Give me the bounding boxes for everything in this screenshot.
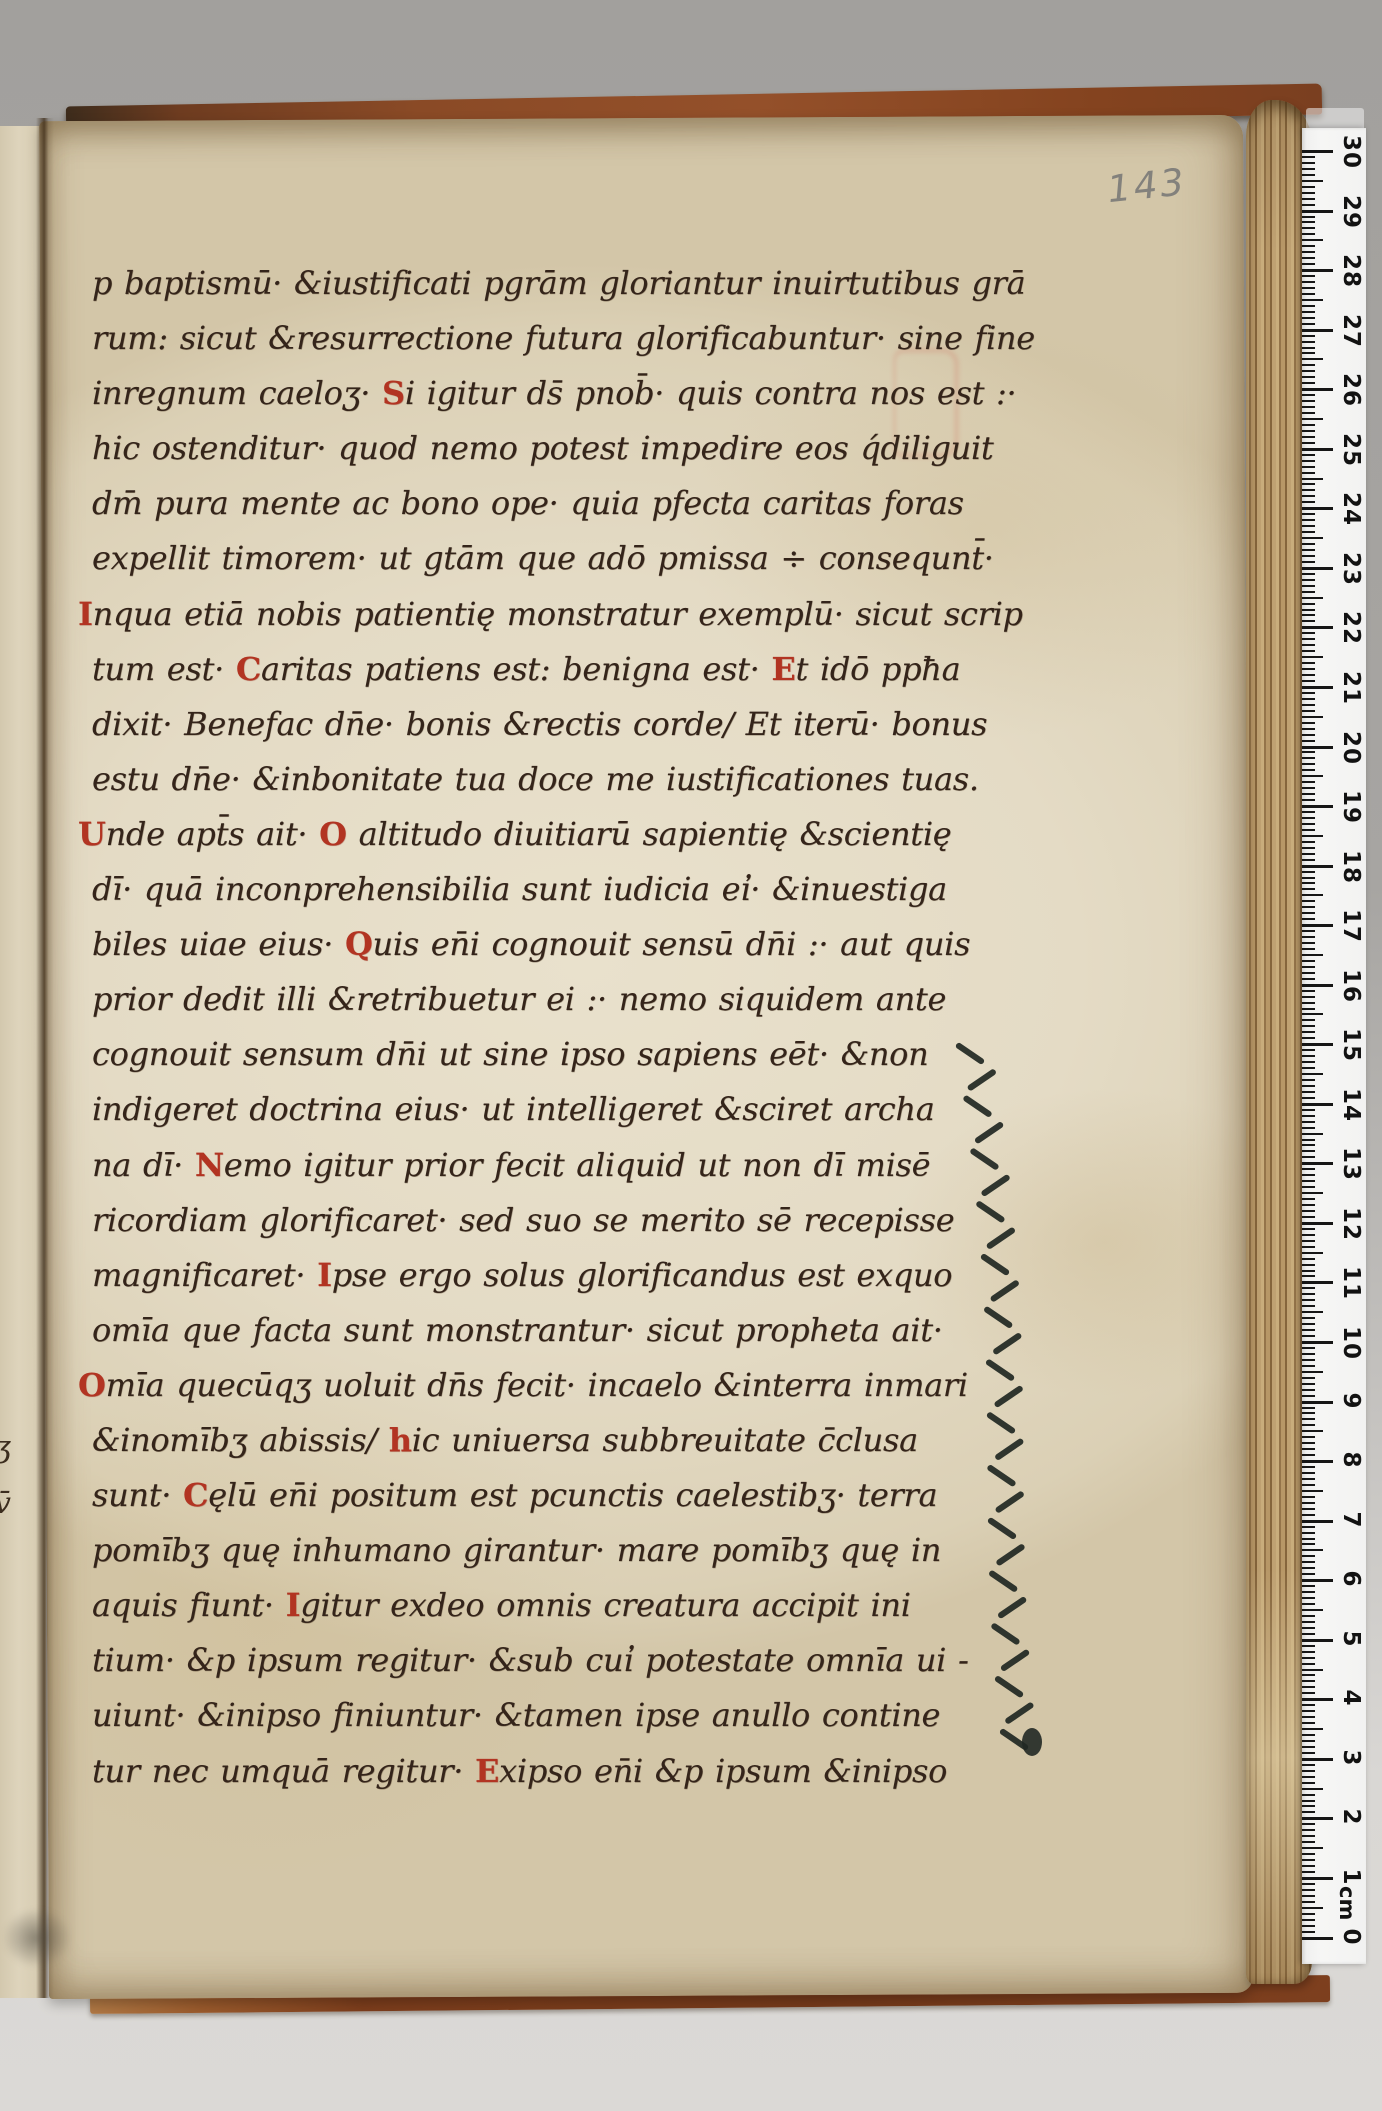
- ruler-number: 30: [1338, 135, 1364, 165]
- ruler-tick: [1302, 1150, 1315, 1152]
- ruler-tick: [1302, 1764, 1315, 1766]
- ruler-tick: [1302, 162, 1315, 164]
- ruler-tick: [1302, 710, 1315, 712]
- manuscript-line: dm̄ pura mente ac bono ope· quia pfecta …: [92, 476, 1092, 531]
- line-text: p baptismū· &iustificati pgrām gloriantu…: [92, 264, 1025, 302]
- manuscript-line: Omīa quecūqʒ uoluit dn̄s fecit· incaelo …: [78, 1358, 1092, 1413]
- ruler-tick: [1302, 1008, 1315, 1010]
- ruler-tick: [1302, 1734, 1315, 1736]
- ruler-tick: [1302, 1645, 1315, 1647]
- ruler-tick: [1302, 1823, 1315, 1825]
- ruler-tick: [1302, 1180, 1315, 1182]
- ruler-tick: [1302, 1674, 1315, 1676]
- ruler-tick: [1302, 728, 1315, 730]
- ruler-tick: [1302, 597, 1323, 599]
- ruler-tick: [1302, 1085, 1315, 1087]
- ruler-tick: [1302, 347, 1315, 349]
- ruler-tick: [1302, 716, 1323, 718]
- ruler-tick: [1302, 1162, 1333, 1165]
- ruler-tick: [1302, 483, 1315, 485]
- ruler-tick: [1302, 775, 1323, 777]
- ruler-number: 19: [1338, 790, 1364, 820]
- line-text: emo igitur prior fecit aliquid ut non dī…: [224, 1146, 931, 1184]
- ruler-tick: [1302, 966, 1315, 968]
- manuscript-line: prior dedit illi &retribuetur ei :· nemo…: [92, 972, 1092, 1027]
- ruler-tick: [1302, 1353, 1315, 1355]
- ruler-tick: [1302, 1543, 1315, 1545]
- rubric-initial: E: [475, 1752, 499, 1790]
- ruler-tick: [1302, 1585, 1315, 1587]
- ruler-tick: [1302, 1776, 1315, 1778]
- rubric-initial: O: [319, 815, 347, 853]
- ruler-tick: [1302, 507, 1333, 510]
- ruler-tick: [1302, 1591, 1315, 1593]
- ruler-tick: [1302, 227, 1315, 229]
- line-text: ęlū en̄i positum est pcunctis caelestibʒ…: [208, 1476, 937, 1514]
- ruler-tick: [1302, 1025, 1315, 1027]
- ruler-tick: [1302, 1466, 1315, 1468]
- ruler-tick: [1302, 1287, 1315, 1289]
- rubric-initial: U: [78, 815, 106, 853]
- ruler-tick: [1302, 1913, 1315, 1915]
- ruler-tick: [1302, 1252, 1323, 1254]
- ruler-tick: [1302, 912, 1315, 914]
- manuscript-line: inregnum caeloʒ· Si igitur ds̄ pnob̄· qu…: [92, 366, 1092, 421]
- ruler-tick: [1302, 1156, 1315, 1158]
- ruler-tick: [1302, 1555, 1315, 1557]
- ruler-tick: [1302, 704, 1315, 706]
- ruler-tick: [1302, 531, 1315, 533]
- ruler-tick: [1302, 245, 1315, 247]
- ruler-tick: [1302, 1377, 1315, 1379]
- ruler-tick: [1302, 1758, 1333, 1761]
- ruler-tick: [1302, 335, 1315, 337]
- ruler-tick: [1302, 454, 1315, 456]
- ruler-tick: [1302, 1746, 1315, 1748]
- ruler-tick: [1302, 472, 1315, 474]
- ruler-tick: [1302, 329, 1333, 332]
- ruler-tick: [1302, 555, 1315, 557]
- line-text: uiunt· &inipso finiuntur· &tamen ipse an…: [92, 1696, 940, 1734]
- ruler-tick: [1302, 1621, 1315, 1623]
- ruler-tick: [1302, 769, 1315, 771]
- ruler-tick: [1302, 1526, 1315, 1528]
- ruler-tick: [1302, 1311, 1323, 1313]
- ruler-tick: [1302, 1907, 1323, 1909]
- ruler-tick: [1302, 150, 1333, 153]
- ruler-tick: [1302, 305, 1315, 307]
- ruler-tick: [1302, 638, 1315, 640]
- ruler-tick: [1302, 1770, 1315, 1772]
- ruler-tick: [1302, 877, 1315, 879]
- ruler-tick: [1302, 1103, 1333, 1106]
- ruler-tick: [1302, 1651, 1315, 1653]
- ruler-tick: [1302, 609, 1315, 611]
- manuscript-line: dī· quā inconprehensibilia sunt iudicia …: [92, 862, 1092, 917]
- ruler-tick: [1302, 1109, 1315, 1111]
- ruler-tick: [1302, 1895, 1315, 1897]
- ruler-tick: [1302, 591, 1315, 593]
- ruler-tick: [1302, 1859, 1315, 1861]
- ruler-tick: [1302, 1794, 1315, 1796]
- ruler-tick: [1302, 1561, 1315, 1563]
- ruler-tick: [1302, 888, 1315, 890]
- ruler-tick: [1302, 990, 1315, 992]
- ruler-tick: [1302, 311, 1315, 313]
- ruler-tick: [1302, 239, 1323, 241]
- rubric-initial: Q: [345, 925, 373, 963]
- ruler-tick: [1302, 1097, 1315, 1099]
- ruler-number: 15: [1338, 1028, 1364, 1058]
- ruler-tick: [1302, 466, 1315, 468]
- rubric-initial: C: [183, 1476, 208, 1514]
- ruler-tick: [1302, 1472, 1315, 1474]
- ruler-tick: [1302, 1013, 1323, 1015]
- ruler-tick: [1302, 1305, 1315, 1307]
- ruler-tick: [1302, 1204, 1315, 1206]
- ruler-tick: [1302, 1424, 1315, 1426]
- ruler: cm 3029282726252423222120191817161514131…: [1302, 128, 1366, 1964]
- ruler-tick: [1302, 1663, 1315, 1665]
- ruler-number: 22: [1338, 611, 1364, 641]
- ruler-tick: [1302, 1418, 1315, 1420]
- line-text: xipso en̄i &p ipsum &inipso: [499, 1752, 947, 1790]
- ruler-number: 18: [1338, 850, 1364, 880]
- edge-letter-fragment: ʒ: [0, 1430, 28, 1486]
- ruler-number: 24: [1338, 492, 1364, 522]
- ruler-tick: [1302, 763, 1315, 765]
- ruler-tick: [1302, 644, 1315, 646]
- ruler-tick: [1302, 972, 1315, 974]
- ruler-tick: [1302, 1841, 1315, 1843]
- ruler-tick: [1302, 734, 1315, 736]
- ruler-tick: [1302, 1704, 1315, 1706]
- ruler-tick: [1302, 930, 1315, 932]
- ruler-tick: [1302, 1293, 1315, 1295]
- ruler-tick: [1302, 418, 1323, 420]
- ruler-tick: [1302, 698, 1315, 700]
- ruler-tick: [1302, 1395, 1315, 1397]
- ruler-tick: [1302, 1847, 1323, 1849]
- ruler-tick: [1302, 1805, 1315, 1807]
- line-text: nqua etiā nobis patientię monstratur exe…: [93, 595, 1023, 633]
- ruler-tick: [1302, 1228, 1315, 1230]
- ruler-tick: [1302, 722, 1315, 724]
- ruler-tick: [1302, 412, 1315, 414]
- ruler-tick: [1302, 251, 1315, 253]
- ruler-tick: [1302, 1121, 1315, 1123]
- ruler-tick: [1302, 882, 1315, 884]
- ruler-tick: [1302, 1931, 1315, 1933]
- ruler-tick: [1302, 394, 1315, 396]
- ruler-tick: [1302, 1323, 1315, 1325]
- manuscript-line: estu dn̄e· &inbonitate tua doce me iusti…: [92, 752, 1092, 807]
- line-text: biles uiae eius·: [92, 925, 345, 963]
- manuscript-line: tium· &p ipsum regitur· &sub cui̓ potest…: [92, 1633, 1092, 1688]
- ruler-tick: [1302, 1919, 1315, 1921]
- ruler-tick: [1302, 1407, 1315, 1409]
- ruler-tick: [1302, 168, 1315, 170]
- ruler-tick: [1302, 1478, 1315, 1480]
- ruler-tick: [1302, 1925, 1315, 1927]
- ruler-tick: [1302, 1639, 1333, 1642]
- ruler-tick: [1302, 1168, 1315, 1170]
- line-text: gitur exdeo omnis creatura accipit ini: [300, 1586, 910, 1624]
- ruler-number: 20: [1338, 731, 1364, 761]
- ruler-tick: [1302, 1359, 1315, 1361]
- ruler-tick: [1302, 210, 1333, 213]
- manuscript-line: magnificaret· Ipse ergo solus glorifican…: [92, 1248, 1092, 1303]
- line-text: indigeret doctrina eius· ut intelligeret…: [92, 1090, 935, 1128]
- ruler-tick: [1302, 1043, 1333, 1046]
- line-text: aquis fiunt·: [92, 1586, 286, 1624]
- ruler-tick: [1302, 1615, 1315, 1617]
- ruler-tick: [1302, 585, 1315, 587]
- manuscript-line: tur nec umquā regitur· Exipso en̄i &p ip…: [92, 1744, 1092, 1799]
- ruler-tick: [1302, 287, 1315, 289]
- ruler-tick: [1302, 1133, 1323, 1135]
- line-text: uis en̄i cognouit sensū dn̄i :· aut quis: [373, 925, 971, 963]
- ruler-tick: [1302, 1383, 1315, 1385]
- ruler-tick: [1302, 859, 1315, 861]
- ruler-tick: [1302, 186, 1315, 188]
- line-text: estu dn̄e· &inbonitate tua doce me iusti…: [92, 760, 979, 798]
- ruler-tick: [1302, 1091, 1315, 1093]
- ruler-number: 1: [1338, 1862, 1364, 1892]
- ruler-tick: [1302, 1299, 1315, 1301]
- ruler-tick: [1302, 1186, 1315, 1188]
- line-text: prior dedit illi &retribuetur ei :· nemo…: [92, 980, 946, 1018]
- ruler-tick: [1302, 1061, 1315, 1063]
- ruler-tick: [1302, 603, 1315, 605]
- ruler-tick: [1302, 1067, 1315, 1069]
- ruler-tick: [1302, 960, 1315, 962]
- ruler-tick: [1302, 1442, 1315, 1444]
- ruler-tick: [1302, 1144, 1315, 1146]
- ruler-tick: [1302, 757, 1315, 759]
- ruler-tick: [1302, 567, 1333, 570]
- ruler-tick: [1302, 192, 1315, 194]
- ruler-tick: [1302, 388, 1333, 391]
- ruler-tick: [1302, 525, 1315, 527]
- ruler-tick: [1302, 906, 1315, 908]
- ruler-tick: [1302, 781, 1315, 783]
- ruler-tick: [1302, 519, 1315, 521]
- ruler-tick: [1302, 1079, 1315, 1081]
- ruler-tick: [1302, 1722, 1315, 1724]
- ruler-tick: [1302, 1264, 1315, 1266]
- ruler-tick: [1302, 341, 1315, 343]
- ruler-tick: [1302, 1454, 1315, 1456]
- ruler-tick: [1302, 787, 1315, 789]
- ruler-tick: [1302, 204, 1315, 206]
- ruler-tick: [1302, 1567, 1315, 1569]
- ruler-tick: [1302, 460, 1315, 462]
- ruler-tick: [1302, 1198, 1315, 1200]
- manuscript-line: indigeret doctrina eius· ut intelligeret…: [92, 1082, 1092, 1137]
- ruler-tick: [1302, 317, 1315, 319]
- ruler-tick: [1302, 489, 1315, 491]
- ruler-tick: [1302, 1019, 1315, 1021]
- ruler-number: 12: [1338, 1207, 1364, 1237]
- ruler-tick: [1302, 1752, 1315, 1754]
- ruler-tick: [1302, 406, 1315, 408]
- ruler-number: 23: [1338, 552, 1364, 582]
- ruler-tick: [1302, 614, 1315, 616]
- ruler-number: 27: [1338, 314, 1364, 344]
- ruler-tick: [1302, 918, 1315, 920]
- manuscript-line: &inomībʒ abissis/ hic uniuersa subbreuit…: [92, 1413, 1092, 1468]
- ruler-tick: [1302, 1317, 1315, 1319]
- rubric-initial: h: [389, 1421, 412, 1459]
- ruler-tick: [1302, 1073, 1323, 1075]
- manuscript-line: hic ostenditur· quod nemo potest impedir…: [92, 421, 1092, 476]
- ruler-tick: [1302, 293, 1315, 295]
- manuscript-line: pomībʒ quę inhumano girantur· mare pomīb…: [92, 1523, 1092, 1578]
- ruler-tick: [1302, 1389, 1315, 1391]
- ruler-number: 26: [1338, 373, 1364, 403]
- ruler-tick: [1302, 1877, 1333, 1880]
- ruler-tick: [1302, 1698, 1333, 1701]
- manuscript-line: tum est· Caritas patiens est: benigna es…: [92, 642, 1092, 697]
- ruler-tick: [1302, 1692, 1315, 1694]
- ruler-tick: [1302, 1258, 1315, 1260]
- ruler-tick: [1302, 573, 1315, 575]
- ruler-tick: [1302, 478, 1323, 480]
- line-text: pse ergo solus glorificandus est exquo: [332, 1256, 953, 1294]
- ruler-tick: [1302, 1335, 1315, 1337]
- left-edge-fragments: ʒv̄: [0, 1430, 34, 1542]
- ruler-tick: [1302, 817, 1315, 819]
- ruler-tick: [1302, 1281, 1333, 1284]
- line-text: cognouit sensum dn̄i ut sine ipso sapien…: [92, 1035, 928, 1073]
- ruler-tick: [1302, 686, 1333, 689]
- line-text: sunt·: [92, 1476, 183, 1514]
- ruler-tick: [1302, 436, 1315, 438]
- ruler-tick: [1302, 1037, 1315, 1039]
- ruler-tick: [1302, 400, 1315, 402]
- ruler-tick: [1302, 746, 1333, 749]
- ruler-tick: [1302, 257, 1315, 259]
- ruler-tick: [1302, 424, 1315, 426]
- line-text: ricordiam glorificaret· sed suo se merit…: [92, 1201, 954, 1239]
- ruler-tick: [1302, 549, 1315, 551]
- ruler-tick: [1302, 954, 1323, 956]
- text-block: p baptismū· &iustificati pgrām gloriantu…: [92, 256, 1092, 1799]
- ruler-tick: [1302, 1627, 1315, 1629]
- manuscript-line: omīa que facta sunt monstrantur· sicut p…: [92, 1303, 1092, 1358]
- ruler-tick: [1302, 323, 1315, 325]
- ruler-tick: [1302, 1549, 1323, 1551]
- ruler-tick: [1302, 495, 1315, 497]
- ruler-tick: [1302, 1829, 1315, 1831]
- ruler-tick: [1302, 1889, 1315, 1891]
- ruler-tick: [1302, 1782, 1315, 1784]
- ruler-number: 10: [1338, 1326, 1364, 1356]
- line-text: inregnum caeloʒ·: [92, 374, 382, 412]
- ruler-tick: [1302, 1865, 1315, 1867]
- ruler-tick: [1302, 894, 1323, 896]
- ruler-tick: [1302, 1871, 1315, 1873]
- ruler-number: 25: [1338, 433, 1364, 463]
- ruler-tick: [1302, 1049, 1315, 1051]
- ruler-tick: [1302, 352, 1315, 354]
- ruler-tick: [1302, 1788, 1323, 1790]
- manuscript-line: rum: sicut &resurrectione futura glorifi…: [92, 311, 1092, 366]
- ruler-tick: [1302, 680, 1315, 682]
- ruler-tick: [1302, 1246, 1315, 1248]
- ruler-tick: [1302, 1502, 1315, 1504]
- line-text: expellit timorem· ut gtām que adō pmissa…: [92, 539, 994, 577]
- ruler-tick: [1302, 865, 1333, 868]
- ruler-tick: [1302, 841, 1315, 843]
- ruler-tick: [1302, 632, 1315, 634]
- ruler-tick: [1302, 448, 1333, 451]
- ruler-tick: [1302, 1222, 1333, 1225]
- rubric-initial: S: [382, 374, 405, 412]
- manuscript-line: ricordiam glorificaret· sed suo se merit…: [92, 1193, 1092, 1248]
- ruler-tick: [1302, 1883, 1315, 1885]
- ruler-tick: [1302, 1115, 1315, 1117]
- ruler-tick: [1302, 942, 1315, 944]
- ruler-tick: [1302, 221, 1315, 223]
- line-text: tur nec umquā regitur·: [92, 1752, 475, 1790]
- rubric-initial: N: [195, 1146, 224, 1184]
- ruler-tick: [1302, 1937, 1333, 1940]
- ruler-tick: [1302, 1609, 1323, 1611]
- line-text: rum: sicut &resurrectione futura glorifi…: [92, 319, 1035, 357]
- ruler-number: 16: [1338, 969, 1364, 999]
- ruler-number: 3: [1338, 1743, 1364, 1773]
- ruler-tick: [1302, 1412, 1315, 1414]
- line-text: mīa quecūqʒ uoluit dn̄s fecit· incaelo &…: [106, 1366, 968, 1404]
- ruler-tick: [1302, 829, 1315, 831]
- rubric-initial: I: [78, 595, 93, 633]
- ruler-tick: [1302, 275, 1315, 277]
- ruler-tick: [1302, 501, 1315, 503]
- ruler-tick: [1302, 1716, 1315, 1718]
- ruler-number: 4: [1338, 1683, 1364, 1713]
- ruler-tick: [1302, 853, 1315, 855]
- line-text: tum est·: [92, 650, 236, 688]
- ruler-number: 0: [1338, 1922, 1364, 1952]
- ruler-tick: [1302, 948, 1315, 950]
- manuscript-line: cognouit sensum dn̄i ut sine ipso sapien…: [92, 1027, 1092, 1082]
- ruler-tick: [1302, 1811, 1315, 1813]
- ruler-tick: [1302, 513, 1315, 515]
- ruler-number: 8: [1338, 1445, 1364, 1475]
- ruler-tick: [1302, 1520, 1333, 1523]
- manuscript-line: sunt· Cęlū en̄i positum est pcunctis cae…: [92, 1468, 1092, 1523]
- ruler-tick: [1302, 1210, 1315, 1212]
- ruler-tick: [1302, 1234, 1315, 1236]
- ruler-tick: [1302, 174, 1315, 176]
- line-text: pomībʒ quę inhumano girantur· mare pomīb…: [92, 1531, 941, 1569]
- ruler-tick: [1302, 1490, 1323, 1492]
- ruler-tick: [1302, 1270, 1315, 1272]
- ruler-tick: [1302, 1508, 1315, 1510]
- ruler-tick: [1302, 1603, 1315, 1605]
- ruler-number: 21: [1338, 671, 1364, 701]
- ruler-tick: [1302, 871, 1315, 873]
- ruler-tick: [1302, 1139, 1315, 1141]
- ruler-tick: [1302, 299, 1323, 301]
- ruler-tick: [1302, 1901, 1315, 1903]
- folio-number: 143: [1105, 156, 1231, 228]
- line-text: altitudo diuitiarū sapientię &scientię: [347, 815, 952, 853]
- ruler-tick: [1302, 579, 1315, 581]
- manuscript-line: Unde apt̄s ait· O altitudo diuitiarū sap…: [78, 807, 1092, 862]
